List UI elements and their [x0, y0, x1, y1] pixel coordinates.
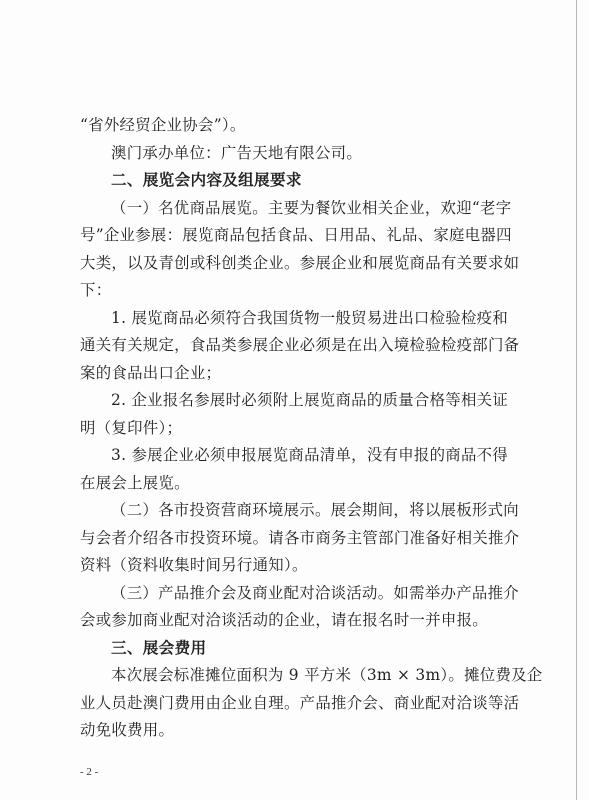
text-line: 业人员赴澳门费用由企业自理。产品推介会、商业配对洽谈等活 — [80, 690, 506, 718]
page-number: - 2 - — [80, 766, 98, 778]
text-line: 大类，以及青创或科创类企业。参展企业和展览商品有关要求如 — [80, 250, 506, 278]
text-line: 与会者介绍各市投资环境。请各市商务主管部门准备好相关推介 — [80, 525, 506, 553]
scan-edge-line — [576, 0, 577, 800]
text-line: 通关有关规定，食品类参展企业必须是在出入境检验检疫部门备 — [80, 332, 506, 360]
text-line: 1. 展览商品必须符合我国货物一般贸易进出口检验检疫和 — [80, 305, 506, 333]
text-line: 资料（资料收集时间另行通知）。 — [80, 552, 506, 580]
text-line: 在展会上展览。 — [80, 470, 506, 498]
section-heading: 二、展览会内容及组展要求 — [80, 167, 506, 195]
text-line: 3. 参展企业必须申报展览商品清单，没有申报的商品不得 — [80, 442, 506, 470]
text-line: 明（复印件）； — [80, 415, 506, 443]
text-line: 下： — [80, 277, 506, 305]
text-line: 会或参加商业配对洽谈活动的企业，请在报名时一并申报。 — [80, 607, 506, 635]
section-heading: 三、展会费用 — [80, 635, 506, 663]
text-line: （二）各市投资营商环境展示。展会期间，将以展板形式向 — [80, 497, 506, 525]
text-line: 号”企业参展：展览商品包括食品、日用品、礼品、家庭电器四 — [80, 222, 506, 250]
text-line: 澳门承办单位：广告天地有限公司。 — [80, 140, 506, 168]
text-line: （三）产品推介会及商业配对洽谈活动。如需举办产品推介 — [80, 580, 506, 608]
text-line: 案的食品出口企业； — [80, 360, 506, 388]
text-line: 本次展会标准摊位面积为 9 平方米（3m × 3m）。摊位费及企 — [80, 662, 506, 690]
text-line: 2. 企业报名参展时必须附上展览商品的质量合格等相关证 — [80, 387, 506, 415]
text-line: “省外经贸企业协会”）。 — [80, 112, 506, 140]
text-line: （一）名优商品展览。主要为餐饮业相关企业，欢迎“老字 — [80, 195, 506, 223]
text-line: 动免收费用。 — [80, 717, 506, 745]
document-body: “省外经贸企业协会”）。 澳门承办单位：广告天地有限公司。 二、展览会内容及组展… — [80, 112, 506, 745]
